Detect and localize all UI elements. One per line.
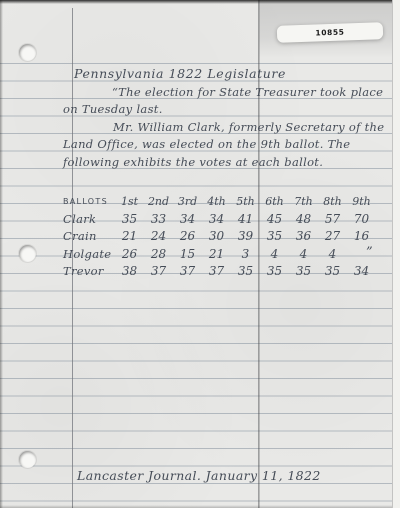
scanned-document-page: 10855 Pennsylvania 1822 Legislature “The… <box>0 0 400 508</box>
table-cell: 6th <box>260 195 289 208</box>
table-cell: 34 <box>173 212 202 226</box>
table-cell: 4 <box>260 247 289 261</box>
table-cell: 28 <box>144 247 173 261</box>
table-cell: 35 <box>260 264 289 278</box>
table-cell: 34 <box>202 212 231 226</box>
scan-edge-left <box>0 0 3 508</box>
table-cell: 2nd <box>144 195 173 208</box>
table-row: Trevor383737373535353534 <box>63 260 393 278</box>
table-cell: 37 <box>144 264 173 278</box>
table-row: Crain212426303935362716 <box>63 225 393 243</box>
table-cell: 36 <box>289 229 318 243</box>
body-line-3: following exhibits the votes at each bal… <box>63 155 323 169</box>
table-cell: 34 <box>347 264 376 278</box>
table-cell: 70 <box>347 212 376 226</box>
row-label: Crain <box>63 229 115 243</box>
page-right-edge <box>392 0 400 508</box>
table-cell: 39 <box>231 229 260 243</box>
table-cell: 8th <box>318 195 347 208</box>
table-cell: 3 <box>231 247 260 261</box>
punch-hole-bottom <box>19 451 36 468</box>
table-cell: 33 <box>144 212 173 226</box>
table-cell: 27 <box>318 229 347 243</box>
closing-quote-mark: ” <box>366 246 373 260</box>
body-line-1: Mr. William Clark, formerly Secretary of… <box>113 120 384 134</box>
table-cell: 37 <box>173 264 202 278</box>
table-cell: 1st <box>115 195 144 208</box>
quote-line-1: “The election for State Treasurer took p… <box>112 85 383 99</box>
table-cell: 45 <box>260 212 289 226</box>
table-cell: 21 <box>202 247 231 261</box>
table-cell: 57 <box>318 212 347 226</box>
table-cell: 15 <box>173 247 202 261</box>
row-label: BALLOTS <box>63 197 115 206</box>
table-cell: 24 <box>144 229 173 243</box>
table-cell: 16 <box>347 229 376 243</box>
body-line-2: Land Office, was elected on the 9th ball… <box>63 137 350 151</box>
table-cell: 7th <box>289 195 318 208</box>
punch-hole-middle <box>19 245 36 262</box>
table-cell: 5th <box>231 195 260 208</box>
table-cell: 35 <box>318 264 347 278</box>
table-cell: 26 <box>173 229 202 243</box>
row-label: Clark <box>63 212 115 226</box>
table-cell: 9th <box>347 195 376 208</box>
row-label: Trevor <box>63 264 115 278</box>
source-citation: Lancaster Journal. January 11, 1822 <box>77 469 321 483</box>
row-label: Holgate <box>63 247 115 261</box>
table-cell: 4 <box>318 247 347 261</box>
table-cell: 4 <box>289 247 318 261</box>
quote-line-2: on Tuesday last. <box>63 102 163 116</box>
table-cell: 35 <box>231 264 260 278</box>
scan-edge-top <box>0 0 400 4</box>
table-cell: 26 <box>115 247 144 261</box>
ballot-table: BALLOTS1st2nd3rd4th5th6th7th8th9thClark3… <box>63 190 393 278</box>
table-cell: 30 <box>202 229 231 243</box>
table-cell: 35 <box>260 229 289 243</box>
table-cell: 3rd <box>173 195 202 208</box>
table-cell: 48 <box>289 212 318 226</box>
table-cell: 37 <box>202 264 231 278</box>
table-cell: 21 <box>115 229 144 243</box>
table-row: Clark353334344145485770 <box>63 208 393 226</box>
page-title: Pennsylvania 1822 Legislature <box>74 67 286 81</box>
table-cell: 35 <box>115 212 144 226</box>
table-header-row: BALLOTS1st2nd3rd4th5th6th7th8th9th <box>63 190 393 208</box>
punch-hole-top <box>19 44 36 61</box>
table-cell: 4th <box>202 195 231 208</box>
table-cell: 35 <box>289 264 318 278</box>
table-cell: 38 <box>115 264 144 278</box>
table-row: Holgate262815213444 <box>63 243 393 261</box>
table-cell: 41 <box>231 212 260 226</box>
catalog-number: 10855 <box>315 27 344 37</box>
